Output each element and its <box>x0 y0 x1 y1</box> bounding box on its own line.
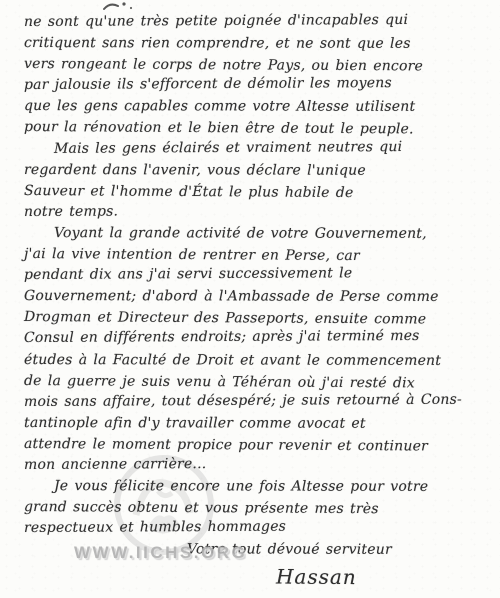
letter-line: Consul en différents endroits; après j'a… <box>24 326 490 350</box>
letter-line: mois sans affaire, tout désespéré; je su… <box>24 389 490 413</box>
letter-line: critiquent sans rien comprendre, et ne s… <box>24 33 490 55</box>
letter-signature: Hassan <box>24 560 490 593</box>
letter-line: notre temps. <box>24 199 490 223</box>
scanned-letter-page: ne sont qu'une très petite poignée d'inc… <box>0 0 500 598</box>
letter-line: ne sont qu'une très petite poignée d'inc… <box>24 10 490 34</box>
letter-line: que les gens capables comme votre Altess… <box>24 96 490 118</box>
letter-line: mon ancienne carrière... <box>24 453 490 477</box>
letter-line: pendant dix ans j'ai servi successivemen… <box>24 263 490 287</box>
letter-line: Je vous félicite encore une fois Altesse… <box>24 476 490 498</box>
letter-line: tantinople afin d'y travailler comme avo… <box>24 413 490 435</box>
letter-line: Voyant la grande activité de votre Gouve… <box>24 223 490 245</box>
letter-body: ne sont qu'une très petite poignée d'inc… <box>24 12 490 590</box>
letter-line: respectueux et humbles hommages <box>24 516 490 540</box>
letter-line: par jalousie ils s'efforcent de démolir … <box>24 73 490 97</box>
letter-closing: Votre tout dévoué serviteur <box>24 539 490 561</box>
letter-line: Mais les gens éclairés et vraiment neutr… <box>24 136 490 160</box>
letter-line: études à la Faculté de Droit et avant le… <box>24 350 490 372</box>
letter-line: regardent dans l'avenir, vous déclare l'… <box>24 160 490 182</box>
letter-line: Gouvernement; d'abord à l'Ambassade de P… <box>24 286 490 308</box>
